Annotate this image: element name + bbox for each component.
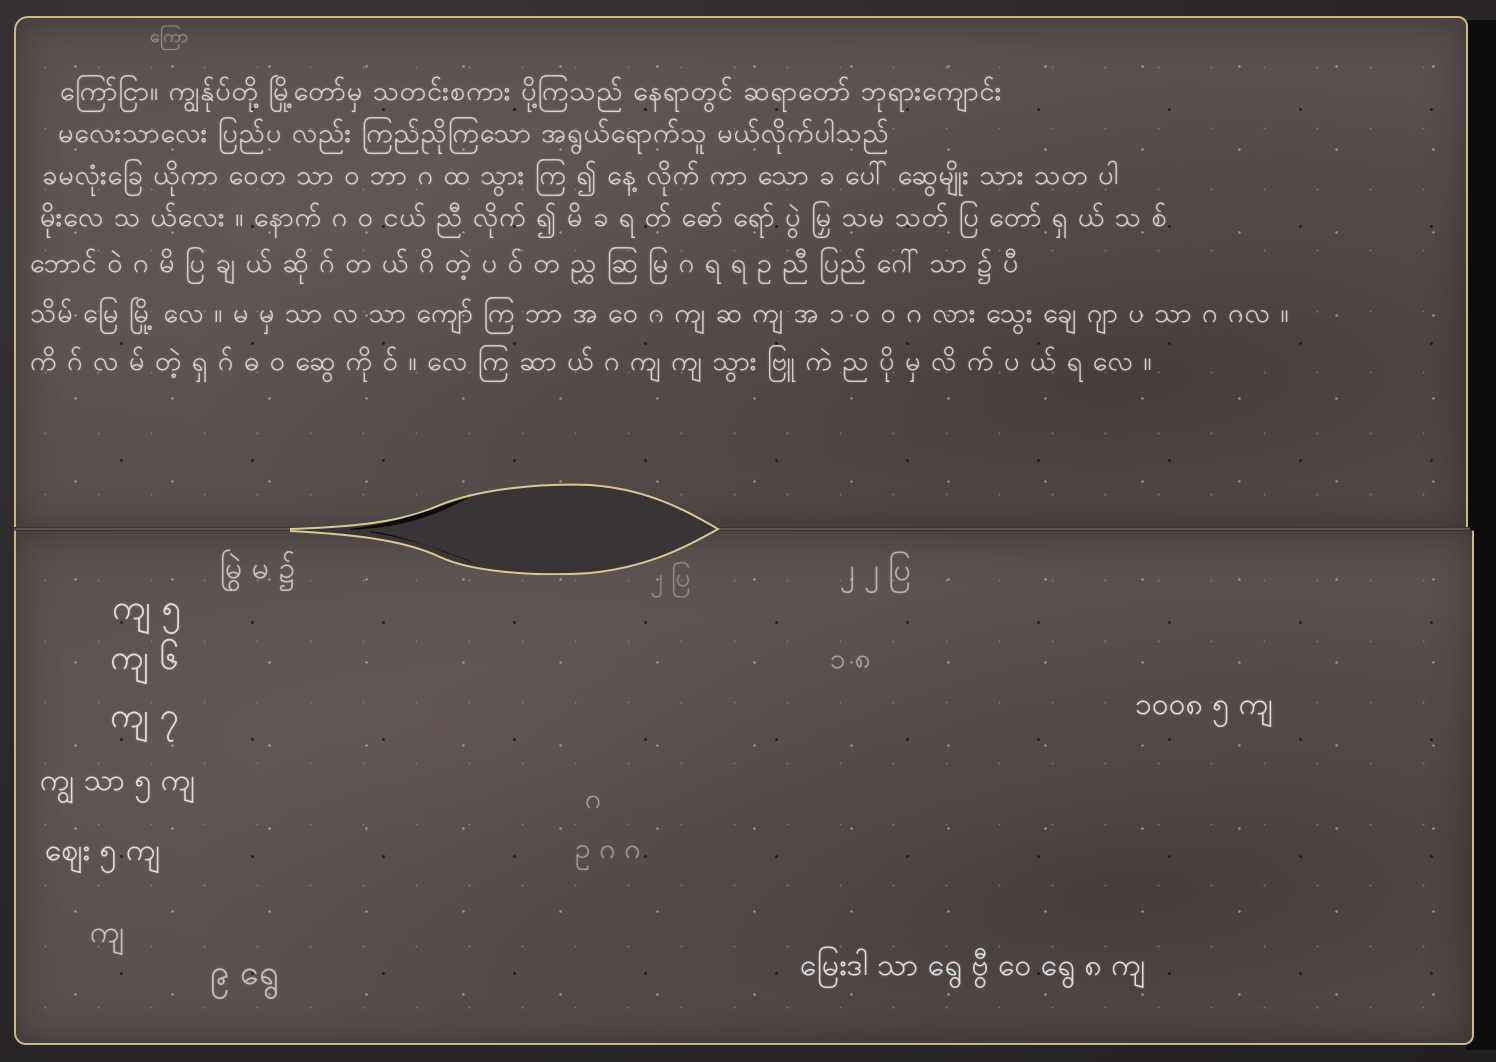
signature-line: မြေးဒါ သာ ရွေ ဗွီ ဝေ ရွေ ၈ ကျ — [800, 945, 1145, 990]
left-column-entry-2: ကျ ၆ — [110, 635, 179, 686]
script-line-5: ဘောင် ဝဲ ဂ မိ ပြ ချ ယ် ဆို ဂ် တ ယ် ဂိ တဲ… — [30, 246, 1450, 286]
bottom-left-mark: ၉ ရွေ — [210, 950, 279, 1001]
script-line-2: မလေးသာလေး ပြည်ပ လည်း ကြည်ညိုကြသော အရွယ်ရ… — [58, 116, 1448, 156]
top-mark-3: ၂ ပြ — [650, 560, 690, 599]
top-mark-1: မြွဲ မ ၌ — [220, 548, 295, 593]
left-column-entry-5: ဈေး ၅ ကျ — [45, 830, 160, 875]
top-mark-2: ၂ ၂ ပြ — [840, 550, 911, 595]
script-line-1: ကြော်ငြာ။ ကျွန်ုပ်တို့ မြို့တော်မှ သတင်း… — [60, 74, 1450, 114]
center-mark-3: ဥ ဂ ဂ — [575, 830, 640, 872]
script-line-3: ခမလုံးခြေ ယိုကာ ဝေတ သာ ဝ ဘာ ဂ ထ သွား ကြ … — [42, 158, 1442, 198]
left-column-entry-3: ကျ ၇ — [110, 693, 179, 744]
center-mark-1: ၁ ၈ — [830, 640, 871, 682]
script-line-6: သိမ် မြေ မြို့ လေ ။ မ မှ သာ လ သာ ကျော် က… — [30, 296, 1450, 336]
center-mark-2: ဂ — [585, 780, 601, 822]
script-line-4: မိုးလေ သ ယ်လေး ။ နောက် ဂ ဝ ငယ် ညီ လိုက် … — [40, 200, 1450, 240]
left-column-entry-4: ကျွ သာ ၅ ကျ — [40, 760, 195, 805]
left-column-entry-6: ကျ — [90, 912, 124, 957]
date-mark: ၁၀၀၈ ၅ ကျ — [1135, 684, 1273, 729]
left-column-entry-1: ကျ ၅ — [112, 585, 181, 636]
header-mark: ကြော — [150, 24, 189, 51]
script-line-7: ကိ ဂ် လ မ် တဲ့ ရှ ဂ် ဓ ဝ ဆွေ ကို ဝ် ။ လေ… — [30, 344, 1170, 384]
